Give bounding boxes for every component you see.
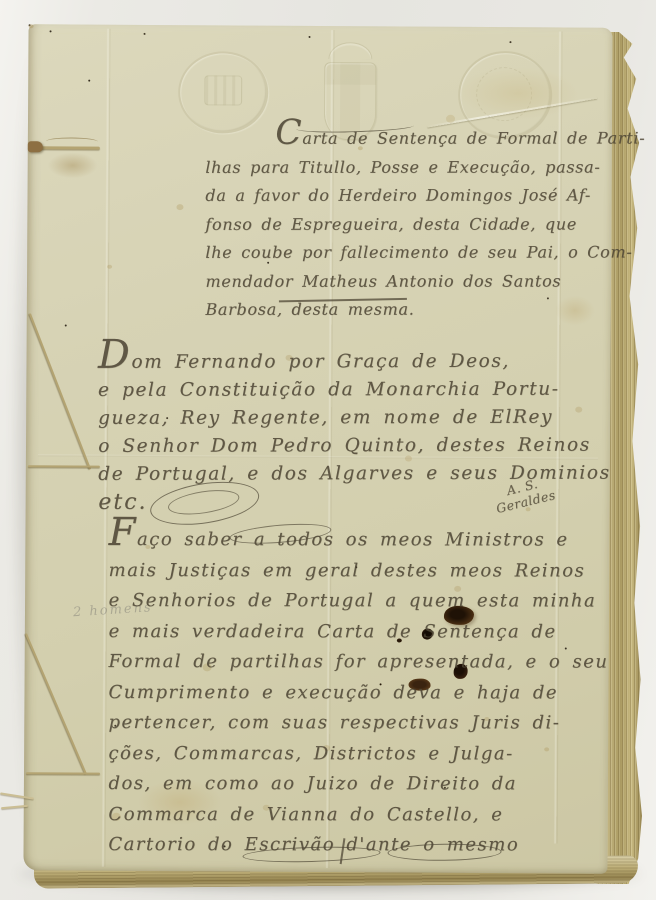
foxing-freckles — [29, 24, 34, 28]
manuscript-line: Commarca de Vianna do Castello, e — [108, 800, 608, 831]
binding-stitch-loop — [46, 137, 98, 145]
manuscript-line: o Senhor Dom Pedro Quinto, destes Reinos — [98, 432, 611, 461]
binding-thread-horizontal — [26, 772, 100, 775]
manuscript-line: mendador Matheus Antonio dos Santos — [205, 267, 645, 296]
manuscript-line: gueza, Rey Regente, em nome de ElRey — [98, 404, 611, 433]
emboss-crown — [328, 42, 372, 59]
manuscript-line: da a favor do Herdeiro Domingos José Af- — [205, 181, 645, 210]
body-paragraph: Faço saber a todos os meos Ministros e m… — [108, 518, 608, 861]
manuscript-line: Carta de Sentença de Formal de Parti- — [205, 118, 645, 153]
manuscript-line: lhe coube por fallecimento de seu Pai, o… — [205, 238, 645, 267]
manuscript-line: Barbosa, desta mesma. — [205, 295, 645, 324]
heading-paragraph: Carta de Sentença de Formal de Parti- lh… — [205, 118, 645, 324]
manuscript-line: Dom Fernando por Graça de Deos, — [98, 340, 611, 377]
manuscript-line: dos, em como ao Juizo de Direito da — [108, 769, 608, 800]
manuscript-line: e Senhorios de Portugal a quem esta minh… — [109, 586, 609, 617]
manuscript-line: lhas para Titullo, Posse e Execução, pas… — [205, 153, 645, 182]
binding-thread-diagonal — [25, 633, 87, 775]
manuscript-line: fonso de Espregueira, desta Cidade, que — [205, 210, 645, 239]
manuscript-line: e mais verdadeira Carta de Sentença de — [109, 617, 609, 648]
photograph-of-manuscript: Carta de Sentença de Formal de Parti- lh… — [0, 0, 656, 900]
manuscript-line: ções, Commarcas, Districtos e Julga- — [108, 739, 608, 770]
age-stain — [458, 67, 578, 120]
manuscript-line: e pela Constituição da Monarchia Portu- — [98, 376, 611, 405]
manuscript-line: Cumprimento e execução deva e haja de — [109, 678, 609, 709]
binding-thread-diagonal — [29, 313, 91, 470]
binding-thread-knot — [28, 141, 43, 152]
age-stain — [48, 152, 98, 178]
manuscript-front-page: Carta de Sentença de Formal de Parti- lh… — [23, 24, 612, 874]
manuscript-line: mais Justiças em geral destes meos Reino… — [109, 556, 609, 587]
embossed-seal-center-mark — [204, 75, 242, 105]
manuscript-line: Faço saber a todos os meos Ministros e — [109, 518, 609, 556]
manuscript-line: pertencer, com suas respectivas Juris di… — [108, 708, 608, 739]
manuscript-line: Formal de partilhas for apresentada, e o… — [109, 647, 609, 678]
